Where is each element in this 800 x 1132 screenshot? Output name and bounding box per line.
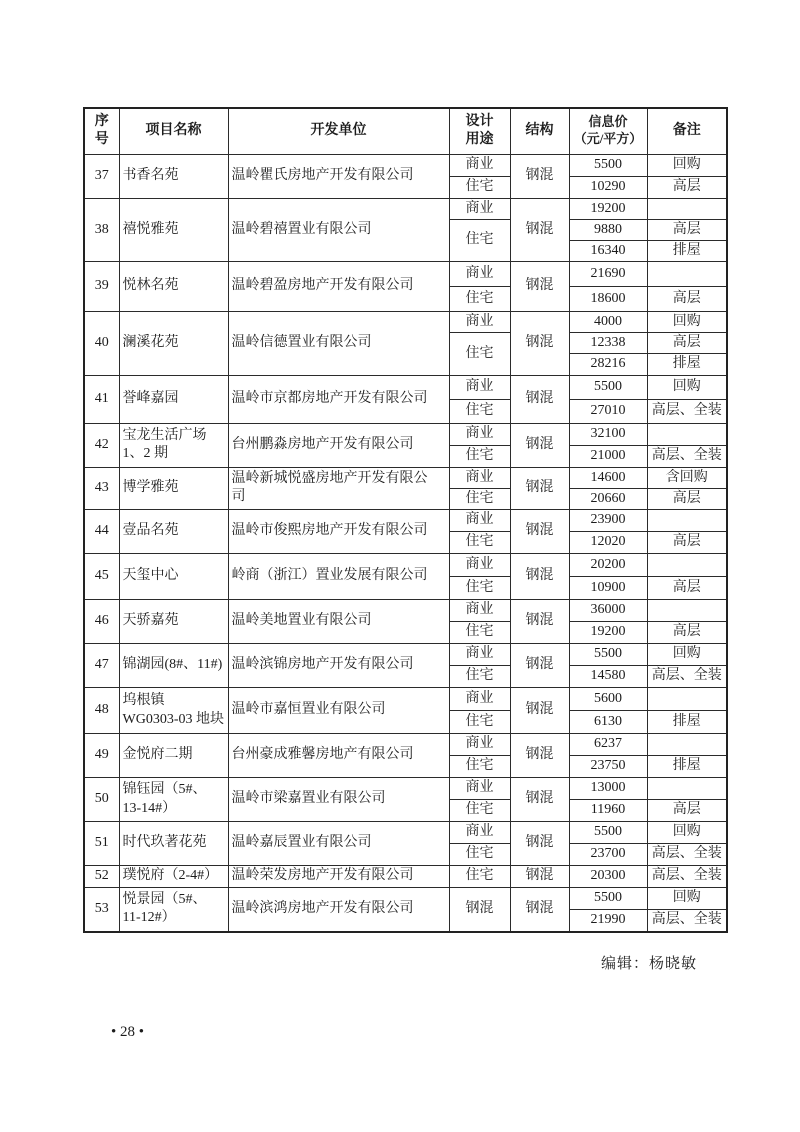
price-cell: 10290: [569, 176, 647, 198]
note-cell: [647, 198, 727, 219]
structure-cell: 钢混: [510, 888, 569, 932]
purpose-cell: 住宅: [449, 333, 510, 375]
purpose-cell: 商业: [449, 554, 510, 577]
purpose-cell: 商业: [449, 154, 510, 176]
purpose-cell: 住宅: [449, 488, 510, 509]
note-cell: [647, 778, 727, 800]
developer-cell: 温岭新城悦盛房地产开发有限公 司: [228, 467, 449, 509]
note-cell: 高层: [647, 333, 727, 354]
table-row: 44壹品名苑温岭市俊熙房地产开发有限公司商业钢混23900: [84, 510, 727, 532]
purpose-cell: 商业: [449, 423, 510, 445]
seq-cell: 39: [84, 262, 119, 312]
purpose-cell: 住宅: [449, 800, 510, 822]
note-cell: 高层、全装: [647, 910, 727, 932]
note-cell: [647, 600, 727, 622]
price-cell: 32100: [569, 423, 647, 445]
project-name-cell: 悦景园（5#、 11-12#）: [119, 888, 228, 932]
developer-cell: 温岭市梁嘉置业有限公司: [228, 778, 449, 822]
developer-cell: 温岭美地置业有限公司: [228, 600, 449, 644]
project-name-cell: 时代玖著花苑: [119, 822, 228, 866]
developer-cell: 温岭滨锦房地产开发有限公司: [228, 644, 449, 688]
price-cell: 5500: [569, 644, 647, 666]
project-name-cell: 澜溪花苑: [119, 312, 228, 376]
price-table: 序号项目名称开发单位设计 用途结构信息价 （元/平方）备注 37书香名苑温岭瞿氏…: [83, 107, 728, 933]
developer-cell: 温岭市嘉恒置业有限公司: [228, 688, 449, 734]
structure-cell: 钢混: [510, 554, 569, 600]
purpose-cell: 住宅: [449, 756, 510, 778]
developer-cell: 岭商（浙江）置业发展有限公司: [228, 554, 449, 600]
structure-cell: 钢混: [510, 154, 569, 198]
document-page: 序号项目名称开发单位设计 用途结构信息价 （元/平方）备注 37书香名苑温岭瞿氏…: [0, 0, 800, 1132]
note-cell: 回购: [647, 154, 727, 176]
note-cell: 高层: [647, 577, 727, 600]
purpose-cell: 商业: [449, 644, 510, 666]
table-row: 37书香名苑温岭瞿氏房地产开发有限公司商业钢混5500回购: [84, 154, 727, 176]
seq-cell: 49: [84, 734, 119, 778]
seq-cell: 40: [84, 312, 119, 376]
seq-cell: 52: [84, 866, 119, 888]
note-cell: 回购: [647, 375, 727, 399]
developer-cell: 温岭碧禧置业有限公司: [228, 198, 449, 262]
page-number: • 28 •: [111, 1024, 144, 1041]
note-cell: 高层: [647, 219, 727, 240]
price-cell: 5500: [569, 154, 647, 176]
note-cell: 排屋: [647, 240, 727, 261]
purpose-cell: 住宅: [449, 866, 510, 888]
purpose-cell: 住宅: [449, 844, 510, 866]
developer-cell: 温岭信德置业有限公司: [228, 312, 449, 376]
purpose-cell: 住宅: [449, 176, 510, 198]
note-cell: [647, 554, 727, 577]
purpose-cell: 住宅: [449, 577, 510, 600]
table-row: 42宝龙生活广场 1、2 期台州鹏淼房地产开发有限公司商业钢混32100: [84, 423, 727, 445]
seq-cell: 45: [84, 554, 119, 600]
note-cell: 回购: [647, 312, 727, 333]
note-cell: 高层: [647, 532, 727, 554]
price-cell: 21690: [569, 262, 647, 287]
structure-cell: 钢混: [510, 262, 569, 312]
purpose-cell: 住宅: [449, 445, 510, 467]
price-cell: 14580: [569, 666, 647, 688]
price-cell: 4000: [569, 312, 647, 333]
price-cell: 14600: [569, 467, 647, 488]
note-cell: 高层: [647, 622, 727, 644]
developer-cell: 温岭滨鸿房地产开发有限公司: [228, 888, 449, 932]
price-cell: 20300: [569, 866, 647, 888]
price-cell: 6130: [569, 711, 647, 734]
structure-cell: 钢混: [510, 644, 569, 688]
developer-cell: 温岭瞿氏房地产开发有限公司: [228, 154, 449, 198]
purpose-cell: 商业: [449, 510, 510, 532]
price-cell: 21990: [569, 910, 647, 932]
price-cell: 36000: [569, 600, 647, 622]
project-name-cell: 坞根镇 WG0303-03 地块: [119, 688, 228, 734]
purpose-cell: 钢混: [449, 888, 510, 932]
note-cell: 回购: [647, 644, 727, 666]
project-name-cell: 誉峰嘉园: [119, 375, 228, 423]
note-cell: 含回购: [647, 467, 727, 488]
project-name-cell: 金悦府二期: [119, 734, 228, 778]
note-cell: 高层、全装: [647, 844, 727, 866]
note-cell: 高层: [647, 287, 727, 312]
structure-cell: 钢混: [510, 198, 569, 262]
purpose-cell: 商业: [449, 198, 510, 219]
price-cell: 9880: [569, 219, 647, 240]
table-row: 46天骄嘉苑温岭美地置业有限公司商业钢混36000: [84, 600, 727, 622]
note-cell: 排屋: [647, 711, 727, 734]
structure-cell: 钢混: [510, 467, 569, 509]
column-header: 序号: [84, 108, 119, 154]
column-header: 设计 用途: [449, 108, 510, 154]
project-name-cell: 宝龙生活广场 1、2 期: [119, 423, 228, 467]
price-cell: 18600: [569, 287, 647, 312]
table-row: 50锦钰园（5#、 13-14#）温岭市梁嘉置业有限公司商业钢混13000: [84, 778, 727, 800]
purpose-cell: 商业: [449, 467, 510, 488]
structure-cell: 钢混: [510, 822, 569, 866]
table-row: 41誉峰嘉园温岭市京都房地产开发有限公司商业钢混5500回购: [84, 375, 727, 399]
structure-cell: 钢混: [510, 778, 569, 822]
price-cell: 19200: [569, 198, 647, 219]
price-cell: 20660: [569, 488, 647, 509]
seq-cell: 47: [84, 644, 119, 688]
project-name-cell: 壹品名苑: [119, 510, 228, 554]
seq-cell: 37: [84, 154, 119, 198]
seq-cell: 53: [84, 888, 119, 932]
purpose-cell: 商业: [449, 375, 510, 399]
structure-cell: 钢混: [510, 423, 569, 467]
developer-cell: 温岭市俊熙房地产开发有限公司: [228, 510, 449, 554]
purpose-cell: 商业: [449, 600, 510, 622]
developer-cell: 台州豪成雅馨房地产有限公司: [228, 734, 449, 778]
structure-cell: 钢混: [510, 866, 569, 888]
purpose-cell: 商业: [449, 822, 510, 844]
purpose-cell: 住宅: [449, 287, 510, 312]
price-cell: 10900: [569, 577, 647, 600]
purpose-cell: 商业: [449, 734, 510, 756]
seq-cell: 51: [84, 822, 119, 866]
price-cell: 13000: [569, 778, 647, 800]
note-cell: 高层: [647, 176, 727, 198]
price-cell: 23750: [569, 756, 647, 778]
column-header: 项目名称: [119, 108, 228, 154]
table-row: 48坞根镇 WG0303-03 地块温岭市嘉恒置业有限公司商业钢混5600: [84, 688, 727, 711]
price-cell: 20200: [569, 554, 647, 577]
note-cell: [647, 423, 727, 445]
price-cell: 5500: [569, 888, 647, 910]
seq-cell: 44: [84, 510, 119, 554]
column-header: 备注: [647, 108, 727, 154]
purpose-cell: 商业: [449, 312, 510, 333]
price-cell: 5500: [569, 822, 647, 844]
price-cell: 5500: [569, 375, 647, 399]
structure-cell: 钢混: [510, 734, 569, 778]
purpose-cell: 住宅: [449, 711, 510, 734]
price-cell: 6237: [569, 734, 647, 756]
price-cell: 12338: [569, 333, 647, 354]
developer-cell: 温岭市京都房地产开发有限公司: [228, 375, 449, 423]
seq-cell: 42: [84, 423, 119, 467]
structure-cell: 钢混: [510, 510, 569, 554]
price-cell: 11960: [569, 800, 647, 822]
seq-cell: 41: [84, 375, 119, 423]
note-cell: 高层、全装: [647, 399, 727, 423]
price-cell: 16340: [569, 240, 647, 261]
seq-cell: 48: [84, 688, 119, 734]
purpose-cell: 住宅: [449, 219, 510, 261]
price-cell: 21000: [569, 445, 647, 467]
developer-cell: 温岭荣发房地产开发有限公司: [228, 866, 449, 888]
note-cell: 回购: [647, 822, 727, 844]
project-name-cell: 博学雅苑: [119, 467, 228, 509]
structure-cell: 钢混: [510, 688, 569, 734]
project-name-cell: 悦林名苑: [119, 262, 228, 312]
developer-cell: 温岭嘉辰置业有限公司: [228, 822, 449, 866]
project-name-cell: 锦湖园(8#、11#): [119, 644, 228, 688]
note-cell: 排屋: [647, 354, 727, 375]
purpose-cell: 商业: [449, 262, 510, 287]
table-row: 39悦林名苑温岭碧盈房地产开发有限公司商业钢混21690: [84, 262, 727, 287]
note-cell: [647, 510, 727, 532]
purpose-cell: 住宅: [449, 532, 510, 554]
price-cell: 27010: [569, 399, 647, 423]
note-cell: [647, 734, 727, 756]
table-header-row: 序号项目名称开发单位设计 用途结构信息价 （元/平方）备注: [84, 108, 727, 154]
table-row: 45天玺中心岭商（浙江）置业发展有限公司商业钢混20200: [84, 554, 727, 577]
project-name-cell: 天玺中心: [119, 554, 228, 600]
project-name-cell: 书香名苑: [119, 154, 228, 198]
price-cell: 12020: [569, 532, 647, 554]
column-header: 结构: [510, 108, 569, 154]
project-name-cell: 禧悦雅苑: [119, 198, 228, 262]
seq-cell: 38: [84, 198, 119, 262]
project-name-cell: 锦钰园（5#、 13-14#）: [119, 778, 228, 822]
note-cell: 回购: [647, 888, 727, 910]
table-row: 49金悦府二期台州豪成雅馨房地产有限公司商业钢混6237: [84, 734, 727, 756]
price-cell: 19200: [569, 622, 647, 644]
purpose-cell: 住宅: [449, 622, 510, 644]
editor-credit: 编辑：杨晓敏: [83, 952, 697, 973]
developer-cell: 温岭碧盈房地产开发有限公司: [228, 262, 449, 312]
price-cell: 23700: [569, 844, 647, 866]
seq-cell: 46: [84, 600, 119, 644]
note-cell: 高层: [647, 800, 727, 822]
table-row: 38禧悦雅苑温岭碧禧置业有限公司商业钢混19200: [84, 198, 727, 219]
note-cell: [647, 262, 727, 287]
price-cell: 23900: [569, 510, 647, 532]
table-row: 53悦景园（5#、 11-12#）温岭滨鸿房地产开发有限公司钢混钢混5500回购: [84, 888, 727, 910]
note-cell: 排屋: [647, 756, 727, 778]
note-cell: 高层、全装: [647, 866, 727, 888]
note-cell: 高层、全装: [647, 445, 727, 467]
table-row: 43博学雅苑温岭新城悦盛房地产开发有限公 司商业钢混14600含回购: [84, 467, 727, 488]
structure-cell: 钢混: [510, 375, 569, 423]
table-row: 51时代玖著花苑温岭嘉辰置业有限公司商业钢混5500回购: [84, 822, 727, 844]
price-cell: 5600: [569, 688, 647, 711]
price-cell: 28216: [569, 354, 647, 375]
table-row: 52璞悦府（2-4#）温岭荣发房地产开发有限公司住宅钢混20300高层、全装: [84, 866, 727, 888]
note-cell: 高层: [647, 488, 727, 509]
developer-cell: 台州鹏淼房地产开发有限公司: [228, 423, 449, 467]
seq-cell: 43: [84, 467, 119, 509]
table-body: 37书香名苑温岭瞿氏房地产开发有限公司商业钢混5500回购住宅10290高层38…: [84, 154, 727, 932]
structure-cell: 钢混: [510, 312, 569, 376]
project-name-cell: 璞悦府（2-4#）: [119, 866, 228, 888]
purpose-cell: 商业: [449, 778, 510, 800]
purpose-cell: 住宅: [449, 399, 510, 423]
column-header: 开发单位: [228, 108, 449, 154]
structure-cell: 钢混: [510, 600, 569, 644]
purpose-cell: 住宅: [449, 666, 510, 688]
table-row: 40澜溪花苑温岭信德置业有限公司商业钢混4000回购: [84, 312, 727, 333]
project-name-cell: 天骄嘉苑: [119, 600, 228, 644]
note-cell: 高层、全装: [647, 666, 727, 688]
table-row: 47锦湖园(8#、11#)温岭滨锦房地产开发有限公司商业钢混5500回购: [84, 644, 727, 666]
purpose-cell: 商业: [449, 688, 510, 711]
note-cell: [647, 688, 727, 711]
column-header: 信息价 （元/平方）: [569, 108, 647, 154]
seq-cell: 50: [84, 778, 119, 822]
